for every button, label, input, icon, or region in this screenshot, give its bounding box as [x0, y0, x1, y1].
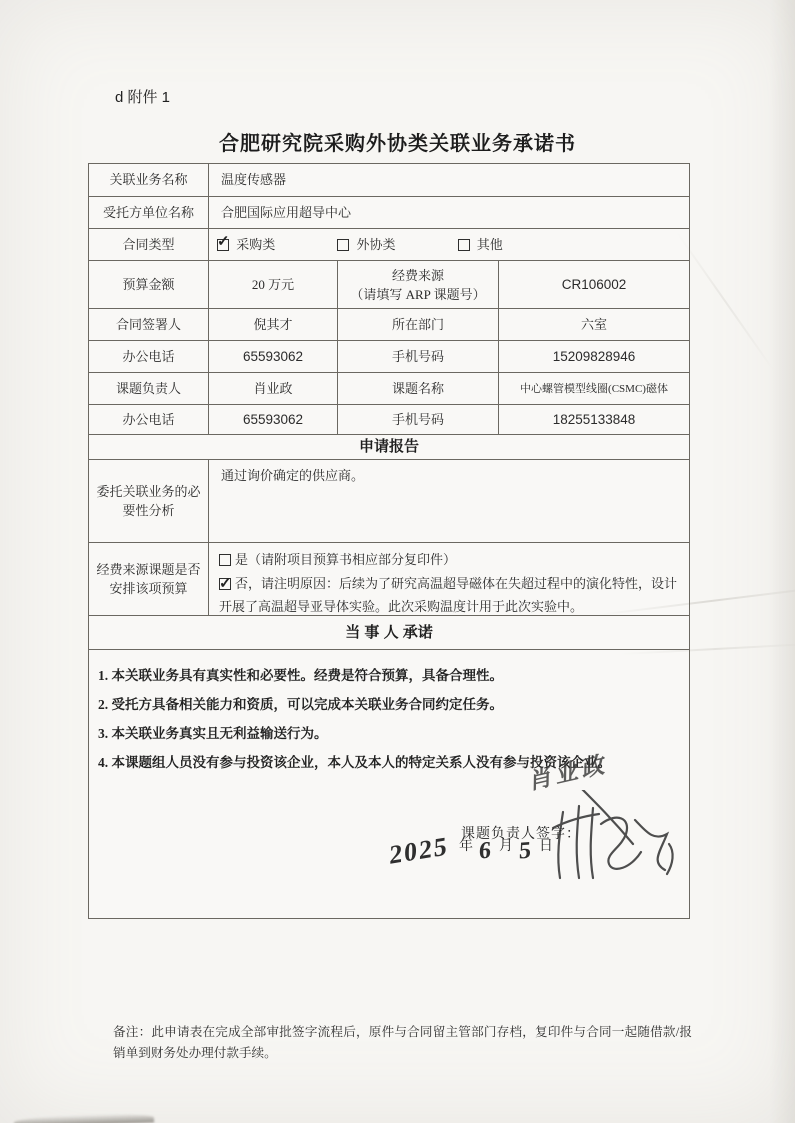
option-label: 采购类	[236, 237, 275, 252]
signer-label: 合同签署人	[89, 309, 208, 340]
row-commitment-header: 当 事 人 承诺	[89, 615, 689, 649]
form-table: 关联业务名称 温度传感器 受托方单位名称 合肥国际应用超导中心 合同类型 ✓ 采…	[88, 163, 690, 919]
paper-crease	[675, 231, 774, 371]
office-phone-label: 办公电话	[89, 341, 208, 372]
row-contract-type: 合同类型 ✓ 采购类 外协类 其他	[89, 228, 689, 260]
row-budget: 预算金额 20 万元 经费来源 （请填写 ARP 课题号） CR106002	[89, 260, 689, 308]
row-necessity: 委托关联业务的必要性分析 通过询价确定的供应商。	[89, 459, 689, 542]
scan-edge-shadow	[769, 0, 795, 1123]
necessity-value: 通过询价确定的供应商。	[208, 460, 689, 542]
row-office-phone-1: 办公电话 65593062 手机号码 15209828946	[89, 340, 689, 372]
handwritten-month: 6	[479, 841, 494, 860]
entrusted-unit-value: 合肥国际应用超导中心	[208, 197, 689, 228]
office-phone-label: 办公电话	[89, 405, 208, 434]
business-name-value: 温度传感器	[208, 164, 689, 196]
commitment-item: 3. 本关联业务真实且无利益输送行为。	[98, 719, 679, 748]
contract-type-option-other: 其他	[458, 236, 503, 254]
budget-source-no-line: ✓否，请注明原因：后续为了研究高温超导磁体在失超过程中的演化特性，设计开展了高温…	[219, 572, 679, 616]
commitment-item: 1. 本关联业务具有真实性和必要性。经费是符合预算，具备合理性。	[98, 661, 679, 690]
project-name-label: 课题名称	[337, 373, 498, 404]
footer-note: 备注：此申请表在完成全部审批签字流程后，原件与合同留主管部门存档，复印件与合同一…	[113, 1022, 692, 1063]
row-office-phone-2: 办公电话 65593062 手机号码 18255133848	[89, 404, 689, 434]
signature-date: 2025 年 6 月 5 日	[389, 838, 559, 864]
necessity-label: 委托关联业务的必要性分析	[89, 460, 208, 542]
budget-source-label: 经费来源课题是否安排该项预算	[89, 543, 208, 615]
option-label: 外协类	[357, 237, 396, 252]
contract-type-label: 合同类型	[89, 229, 208, 260]
funding-source-label-line2: （请填写 ARP 课题号）	[350, 285, 485, 304]
checkbox-icon	[458, 239, 470, 251]
office-phone-value: 65593062	[208, 405, 337, 434]
row-budget-source: 经费来源课题是否安排该项预算 是（请附项目预算书相应部分复印件） ✓否，请注明原…	[89, 542, 689, 615]
application-report-header: 申请报告	[89, 435, 689, 459]
option-label: 其他	[477, 237, 503, 252]
row-commitments: 1. 本关联业务具有真实性和必要性。经费是符合预算，具备合理性。 2. 受托方具…	[89, 649, 689, 918]
budget-source-yes-line: 是（请附项目预算书相应部分复印件）	[219, 548, 679, 572]
handwritten-day: 5	[519, 841, 534, 860]
row-entrusted-unit: 受托方单位名称 合肥国际应用超导中心	[89, 196, 689, 228]
year-unit: 年	[459, 838, 473, 856]
contract-type-options: ✓ 采购类 外协类 其他	[208, 229, 689, 260]
entrusted-unit-label: 受托方单位名称	[89, 197, 208, 228]
business-name-label: 关联业务名称	[89, 164, 208, 196]
page-title: 合肥研究院采购外协类关联业务承诺书	[0, 127, 795, 156]
funding-source-label: 经费来源 （请填写 ARP 课题号）	[337, 261, 498, 308]
day-unit: 日	[539, 838, 553, 856]
contract-type-option-outsourcing: 外协类	[337, 236, 395, 254]
budget-source-value: 是（请附项目预算书相应部分复印件） ✓否，请注明原因：后续为了研究高温超导磁体在…	[208, 543, 689, 615]
month-unit: 月	[499, 838, 513, 856]
commitment-item: 2. 受托方具备相关能力和资质，可以完成本关联业务合同约定任务。	[98, 690, 679, 719]
no-option-text: 否，请注明原因：后续为了研究高温超导磁体在失超过程中的演化特性，设计开展了高温超…	[219, 576, 677, 615]
row-business-name: 关联业务名称 温度传感器	[89, 164, 689, 196]
mobile-value: 18255133848	[498, 405, 689, 434]
row-signer: 合同签署人 倪其才 所在部门 六室	[89, 308, 689, 340]
page-corner-shadow	[14, 1113, 154, 1123]
mobile-label: 手机号码	[337, 341, 498, 372]
row-project-leader: 课题负责人 肖业政 课题名称 中心螺管模型线圈(CSMC)磁体	[89, 372, 689, 404]
funding-source-value: CR106002	[498, 261, 689, 308]
project-leader-value: 肖业政	[208, 373, 337, 404]
yes-option-text: 是（请附项目预算书相应部分复印件）	[235, 552, 456, 567]
mobile-value: 15209828946	[498, 341, 689, 372]
row-application-report-header: 申请报告	[89, 434, 689, 459]
contract-type-option-purchase: ✓ 采购类	[217, 236, 275, 254]
scanned-document-page: d 附件 1 合肥研究院采购外协类关联业务承诺书 关联业务名称 温度传感器 受托…	[0, 0, 795, 1123]
handwritten-year: 2025	[389, 837, 449, 865]
checkbox-icon	[219, 554, 231, 566]
signer-value: 倪其才	[208, 309, 337, 340]
funding-source-label-line1: 经费来源	[392, 266, 444, 285]
department-label: 所在部门	[337, 309, 498, 340]
office-phone-value: 65593062	[208, 341, 337, 372]
checkbox-checked-icon: ✓	[217, 239, 229, 251]
project-name-value: 中心螺管模型线圈(CSMC)磁体	[498, 373, 689, 404]
project-leader-label: 课题负责人	[89, 373, 208, 404]
check-mark-icon: ✓	[217, 233, 230, 251]
budget-label: 预算金额	[89, 261, 208, 308]
attachment-label: d 附件 1	[115, 86, 170, 107]
mobile-label: 手机号码	[337, 405, 498, 434]
checkbox-checked-icon: ✓	[219, 578, 231, 590]
commitment-header: 当 事 人 承诺	[89, 616, 689, 649]
checkbox-icon	[337, 239, 349, 251]
commitments-cell: 1. 本关联业务具有真实性和必要性。经费是符合预算，具备合理性。 2. 受托方具…	[89, 650, 689, 918]
department-value: 六室	[498, 309, 689, 340]
check-mark-icon: ✓	[219, 572, 232, 596]
budget-value: 20 万元	[208, 261, 337, 308]
